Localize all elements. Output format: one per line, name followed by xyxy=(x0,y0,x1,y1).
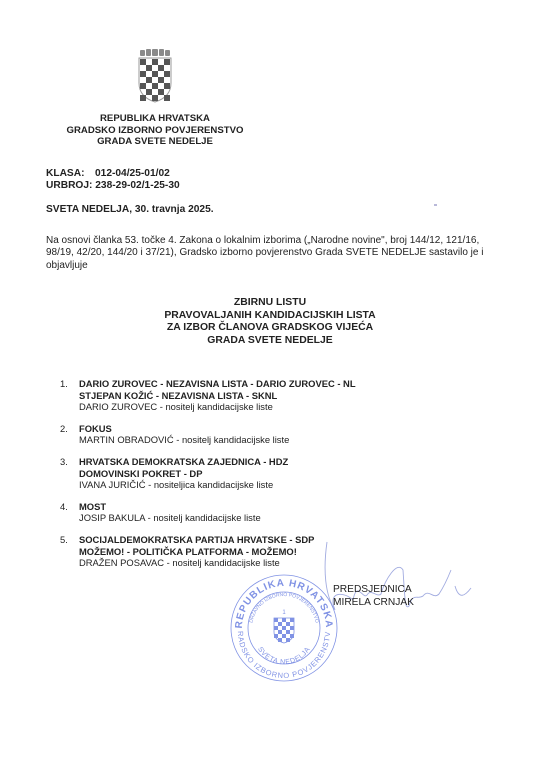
list-number: 4. xyxy=(60,501,79,524)
list-holder: DARIO ZUROVEC - nositelj kandidacijske l… xyxy=(79,401,356,413)
svg-text:1: 1 xyxy=(282,610,286,616)
svg-text:SVETA NEDELJA: SVETA NEDELJA xyxy=(256,646,312,666)
party-name: MOŽEMO! - POLITIČKA PLATFORMA - MOŽEMO! xyxy=(79,546,314,558)
list-item: 2.FOKUSMARTIN OBRADOVIĆ - nositelj kandi… xyxy=(60,423,440,446)
list-holder: MARTIN OBRADOVIĆ - nositelj kandidacijsk… xyxy=(79,434,289,446)
list-number: 1. xyxy=(60,378,79,413)
place-date: SVETA NEDELJA, 30. travnja 2025. xyxy=(46,204,214,215)
signatory-block: PREDSJEDNICA MIRELA CRNJAK xyxy=(333,584,414,609)
legal-basis-paragraph: Na osnovi članka 53. točke 4. Zakona o l… xyxy=(46,235,496,272)
list-holder: JOSIP BAKULA - nositelj kandidacijske li… xyxy=(79,512,261,524)
list-number: 5. xyxy=(60,534,79,569)
party-name: FOKUS xyxy=(79,423,289,435)
signatory-role: PREDSJEDNICA xyxy=(333,584,414,597)
title-line: GRADA SVETE NEDELJE xyxy=(110,335,430,348)
list-number: 2. xyxy=(60,423,79,446)
header-line-country: REPUBLIKA HRVATSKA xyxy=(40,113,270,125)
signatory-name: MIRELA CRNJAK xyxy=(333,597,414,610)
coat-of-arms-icon xyxy=(136,49,174,103)
party-name: MOST xyxy=(79,501,261,513)
header-line-city: GRADA SVETE NEDELJE xyxy=(40,136,270,148)
reference-numbers: KLASA:012-04/25-01/02 URBROJ: 238-29-02/… xyxy=(46,168,180,192)
list-holder: DRAŽEN POSAVAC - nositelj kandidacijske … xyxy=(79,557,314,569)
document-page: REPUBLIKA HRVATSKA GRADSKO IZBORNO POVJE… xyxy=(0,0,538,773)
party-name: DOMOVINSKI POKRET - DP xyxy=(79,468,288,480)
urbroj-value: 238-29-02/1-25-30 xyxy=(95,180,179,191)
document-title: ZBIRNU LISTU PRAVOVALJANIH KANDIDACIJSKI… xyxy=(110,297,430,347)
list-number: 3. xyxy=(60,456,79,491)
list-item: 3.HRVATSKA DEMOKRATSKA ZAJEDNICA - HDZDO… xyxy=(60,456,440,491)
list-item: 1.DARIO ZUROVEC - NEZAVISNA LISTA - DARI… xyxy=(60,378,440,413)
scan-mark xyxy=(434,204,437,206)
party-name: DARIO ZUROVEC - NEZAVISNA LISTA - DARIO … xyxy=(79,378,356,390)
list-holder: IVANA JURIČIĆ - nositeljica kandidacijsk… xyxy=(79,479,288,491)
party-name: SOCIJALDEMOKRATSKA PARTIJA HRVATSKE - SD… xyxy=(79,534,314,546)
issuer-header: REPUBLIKA HRVATSKA GRADSKO IZBORNO POVJE… xyxy=(40,113,270,148)
title-line: PRAVOVALJANIH KANDIDACIJSKIH LISTA xyxy=(110,310,430,323)
party-name: STJEPAN KOŽIĆ - NEZAVISNA LISTA - SKNL xyxy=(79,390,356,402)
klasa-label: KLASA: xyxy=(46,168,95,180)
klasa-value: 012-04/25-01/02 xyxy=(95,168,170,179)
urbroj-label: URBROJ: xyxy=(46,180,92,191)
title-line: ZBIRNU LISTU xyxy=(110,297,430,310)
title-line: ZA IZBOR ČLANOVA GRADSKOG VIJEĆA xyxy=(110,322,430,335)
list-item: 4.MOSTJOSIP BAKULA - nositelj kandidacij… xyxy=(60,501,440,524)
party-name: HRVATSKA DEMOKRATSKA ZAJEDNICA - HDZ xyxy=(79,456,288,468)
header-line-commission: GRADSKO IZBORNO POVJERENSTVO xyxy=(40,125,270,137)
